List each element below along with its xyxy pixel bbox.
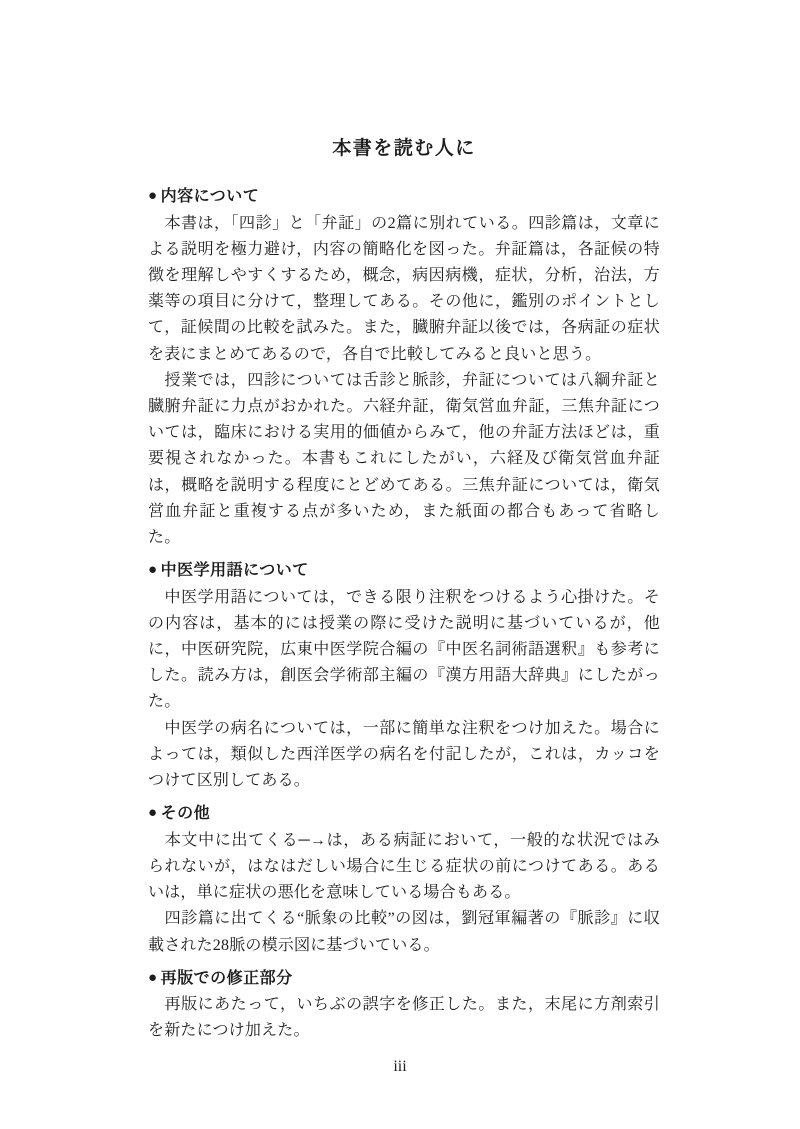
bullet-icon: ● bbox=[148, 187, 158, 204]
section: ●再版での修正部分 再版にあたって，いちぶの誤字を修正した。また，末尾に方剤索引… bbox=[148, 966, 660, 1045]
section-heading-label: 再版での修正部分 bbox=[161, 970, 293, 987]
page-body: ●内容について 本書は，「四診」と「弁証」の2篇に別れている。四診篇は，文章によ… bbox=[148, 184, 660, 1045]
paragraph: 本書は，「四診」と「弁証」の2篇に別れている。四診篇は，文章による説明を極力避け… bbox=[148, 211, 660, 368]
section-heading: ●その他 bbox=[148, 801, 660, 828]
section: ●中医学用語について 中医学用語については，できる限り注釈をつけるよう心掛けた。… bbox=[148, 558, 660, 794]
section-heading: ●中医学用語について bbox=[148, 558, 660, 585]
paragraph: 中医学の病名については，一部に簡単な注釈をつけ加えた。場合によっては，類似した西… bbox=[148, 716, 660, 795]
paragraph: 再版にあたって，いちぶの誤字を修正した。また，末尾に方剤索引を新たにつけ加えた。 bbox=[148, 992, 660, 1044]
section-heading: ●再版での修正部分 bbox=[148, 966, 660, 993]
section-heading-label: 内容について bbox=[161, 188, 260, 205]
paragraph: 四診篇に出てくる“脈象の比較”の図は，劉冠軍編著の『脈診』に収載された28脈の模… bbox=[148, 906, 660, 958]
bullet-icon: ● bbox=[148, 561, 158, 578]
section-heading-label: 中医学用語について bbox=[161, 562, 309, 579]
page-title: 本書を読む人に bbox=[148, 136, 660, 162]
bullet-icon: ● bbox=[148, 804, 158, 821]
paragraph: 中医学用語については，できる限り注釈をつけるよう心掛けた。その内容は，基本的には… bbox=[148, 585, 660, 716]
section-paragraphs: 再版にあたって，いちぶの誤字を修正した。また，末尾に方剤索引を新たにつけ加えた。 bbox=[148, 992, 660, 1044]
bullet-icon: ● bbox=[148, 969, 158, 986]
paragraph: 本文中に出てくる─→は，ある病証において，一般的な状況ではみられないが，はなはだ… bbox=[148, 828, 660, 907]
section-paragraphs: 本文中に出てくる─→は，ある病証において，一般的な状況ではみられないが，はなはだ… bbox=[148, 828, 660, 959]
section-paragraphs: 中医学用語については，できる限り注釈をつけるよう心掛けた。その内容は，基本的には… bbox=[148, 585, 660, 795]
section: ●内容について 本書は，「四診」と「弁証」の2篇に別れている。四診篇は，文章によ… bbox=[148, 184, 660, 551]
document-page: 本書を読む人に ●内容について 本書は，「四診」と「弁証」の2篇に別れている。四… bbox=[0, 0, 800, 1129]
section-heading: ●内容について bbox=[148, 184, 660, 211]
paragraph: 授業では，四診については舌診と脈診，弁証については八綱弁証と臓腑弁証に力点がおか… bbox=[148, 368, 660, 551]
section-paragraphs: 本書は，「四診」と「弁証」の2篇に別れている。四診篇は，文章による説明を極力避け… bbox=[148, 211, 660, 552]
page-number: iii bbox=[0, 1058, 800, 1076]
section-heading-label: その他 bbox=[161, 805, 211, 822]
section: ●その他 本文中に出てくる─→は，ある病証において，一般的な状況ではみられないが… bbox=[148, 801, 660, 959]
